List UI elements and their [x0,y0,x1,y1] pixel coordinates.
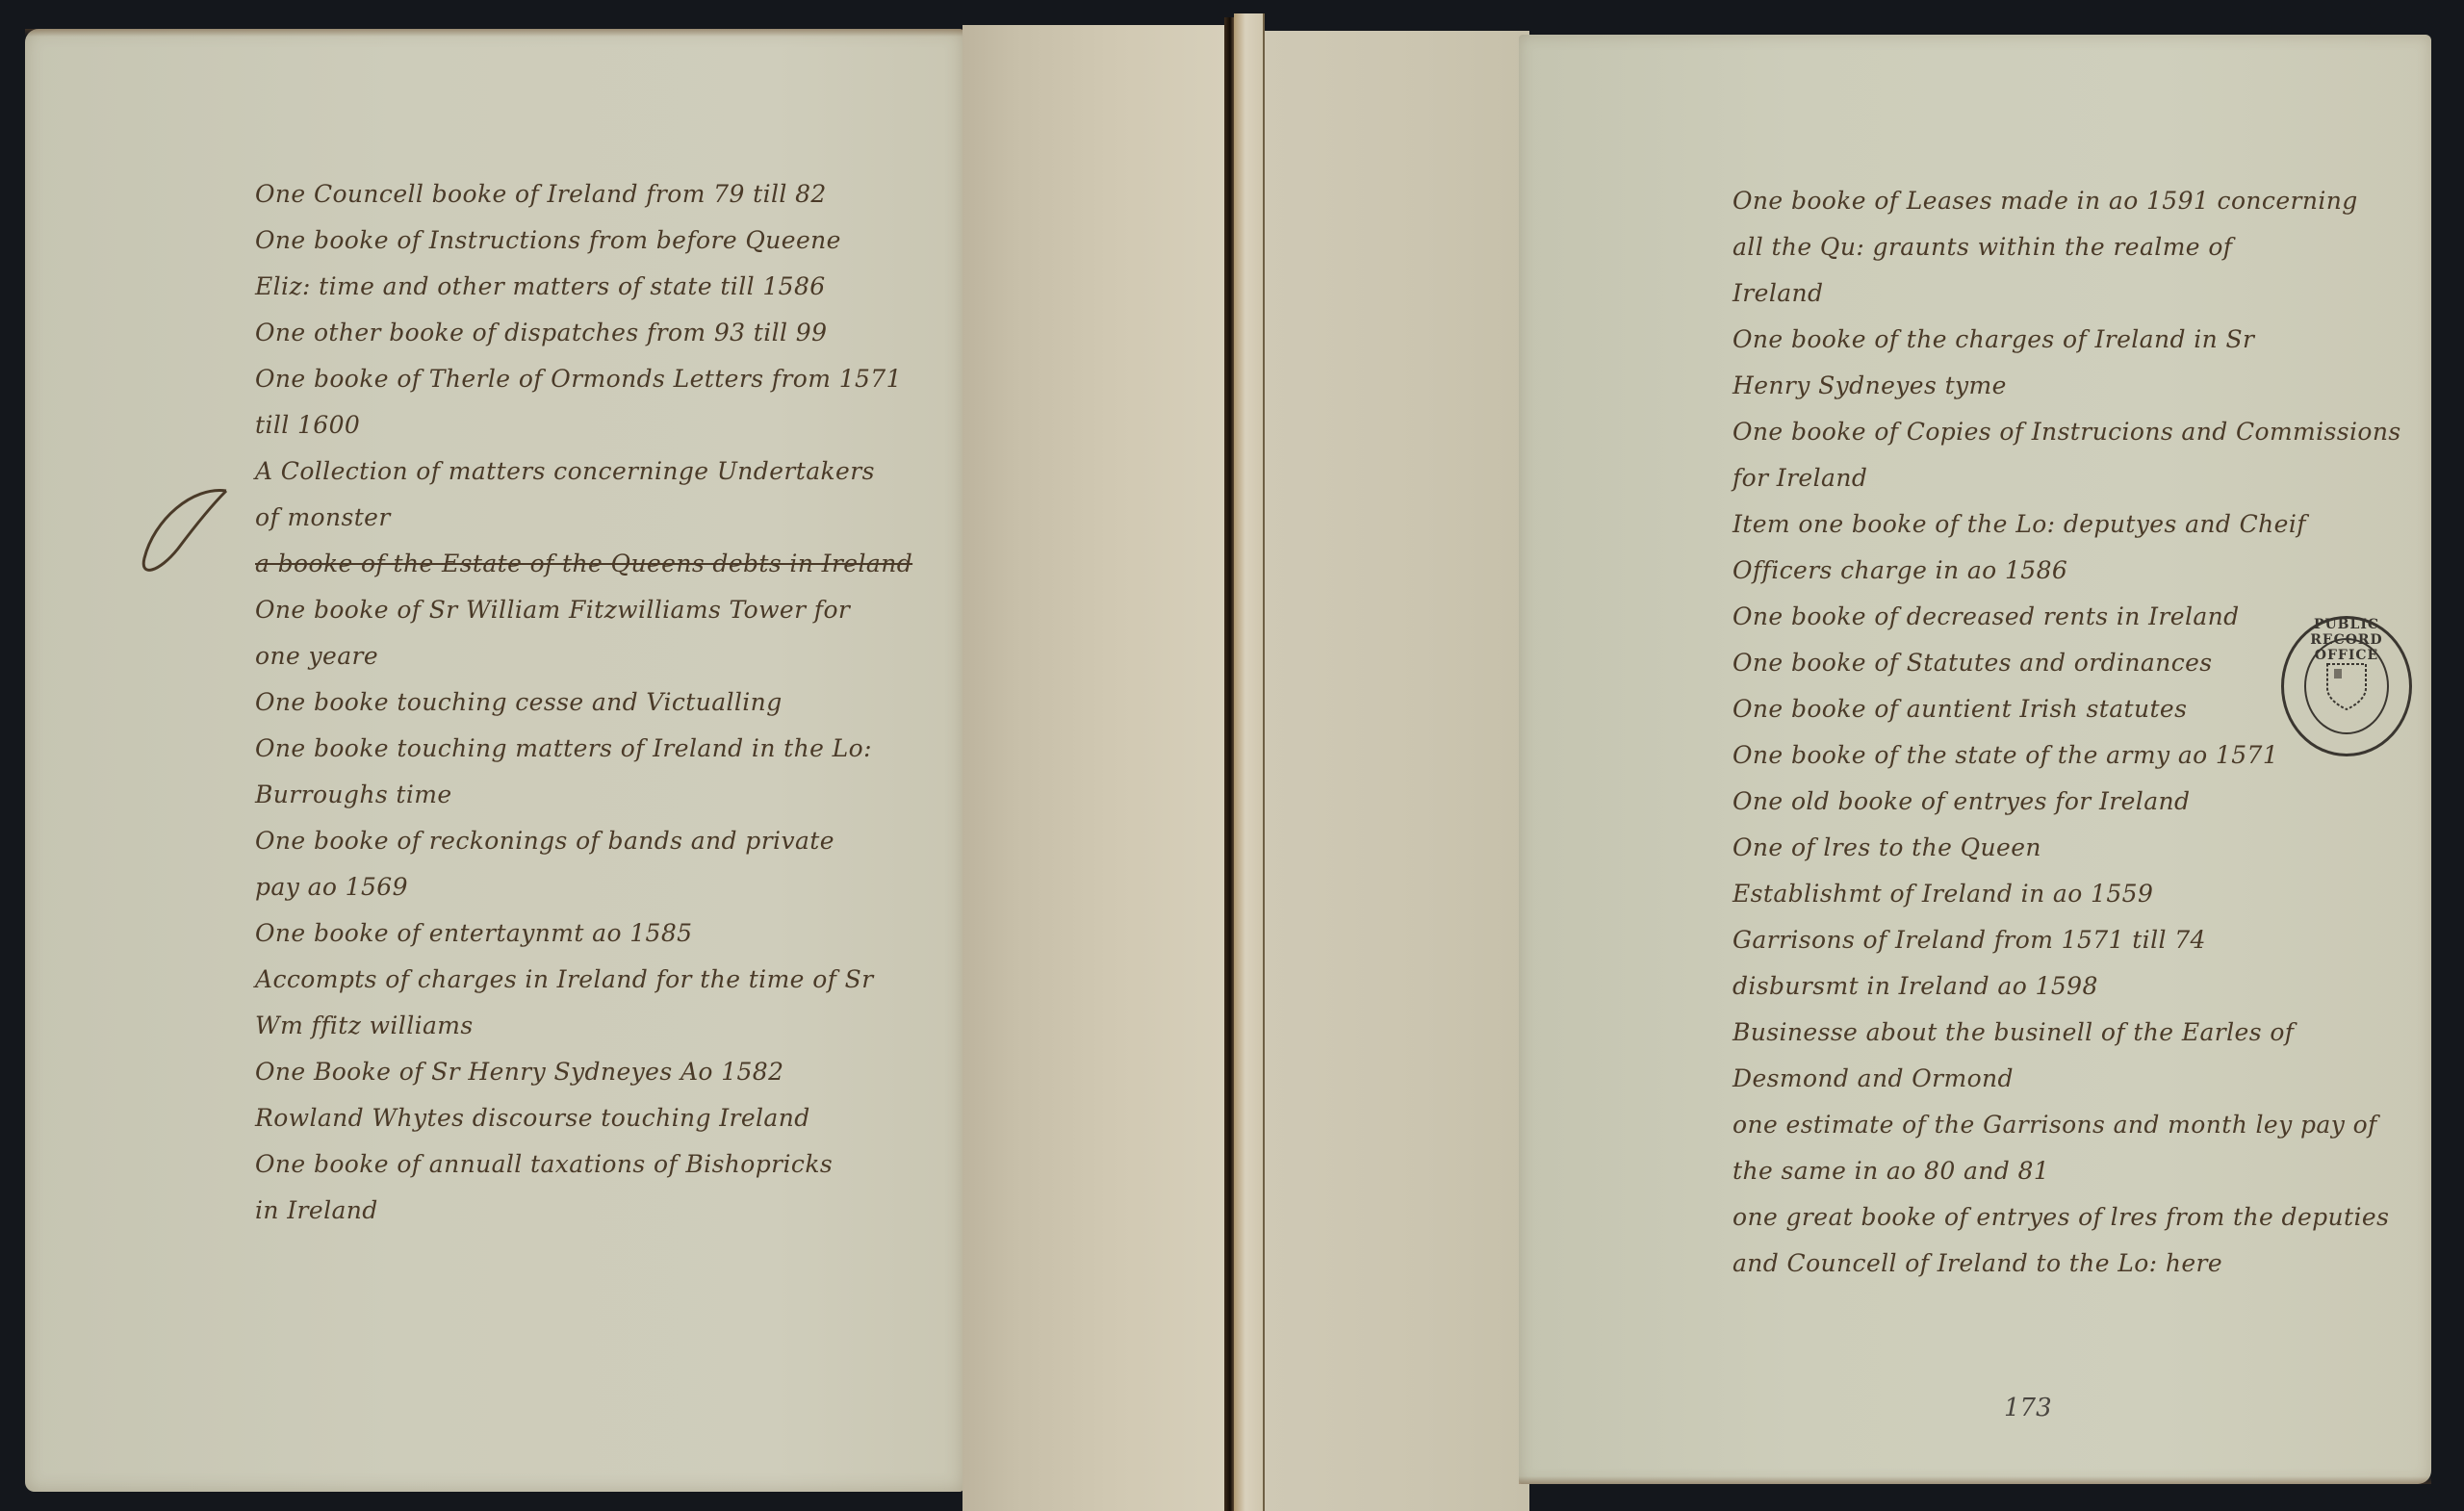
text-line: One old booke of entryes for Ireland [1732,779,2425,825]
text-line: Officers charge in ao 1586 [1732,548,2425,594]
text-line: One booke of the charges of Ireland in S… [1732,317,2425,363]
folio-number: 173 [2004,1394,2052,1422]
record-office-stamp: PUBLIC RECORD OFFICE [2281,616,2412,756]
text-line: One Councell booke of Ireland from 79 ti… [255,171,967,218]
text-line: Businesse about the businell of the Earl… [1732,1010,2425,1056]
text-line: for Ireland [1732,455,2425,501]
text-line: One booke of Instructions from before Qu… [255,218,967,264]
left-page-text: One Councell booke of Ireland from 79 ti… [255,171,967,1234]
text-line: disbursmt in Ireland ao 1598 [1732,963,2425,1010]
text-line: One booke of Copies of Instrucions and C… [1732,409,2425,455]
text-line: One booke touching matters of Ireland in… [255,726,967,772]
text-line: one yeare [255,633,967,679]
text-line: One Booke of Sr Henry Sydneyes Ao 1582 [255,1049,967,1095]
text-line: the same in ao 80 and 81 [1732,1148,2425,1194]
text-line: Garrisons of Ireland from 1571 till 74 [1732,917,2425,963]
stamp-ring-text: PUBLIC RECORD OFFICE [2284,617,2409,663]
text-line: A Collection of matters concerninge Unde… [255,448,967,495]
text-line: One other booke of dispatches from 93 ti… [255,310,967,356]
text-line: Eliz: time and other matters of state ti… [255,264,967,310]
text-line: One booke touching cesse and Victualling [255,679,967,726]
text-line: one estimate of the Garrisons and month … [1732,1102,2425,1148]
text-line: Henry Sydneyes tyme [1732,363,2425,409]
manuscript-spread: One Councell booke of Ireland from 79 ti… [0,0,2464,1511]
text-line: One booke of Therle of Ormonds Letters f… [255,356,967,402]
text-line: One booke of Sr William Fitzwilliams Tow… [255,587,967,633]
text-line: of monster [255,495,967,541]
text-line: in Ireland [255,1188,967,1234]
struck-text-line: a booke of the Estate of the Queens debt… [255,541,967,587]
text-line: till 1600 [255,402,967,448]
text-line: all the Qu: graunts within the realme of [1732,224,2425,270]
text-line: One booke of annuall taxations of Bishop… [255,1141,967,1188]
text-line: One booke of entertaynmt ao 1585 [255,910,967,957]
text-line: One booke of Leases made in ao 1591 conc… [1732,178,2425,224]
text-line: One of lres to the Queen [1732,825,2425,871]
gutter-fold [1224,17,1234,1511]
text-line: Wm ffitz williams [255,1003,967,1049]
text-line: Establishmt of Ireland in ao 1559 [1732,871,2425,917]
left-guard-strip [962,25,1224,1511]
text-line: Desmond and Ormond [1732,1056,2425,1102]
text-line: One booke of reckonings of bands and pri… [255,818,967,864]
shield-icon [2323,659,2371,713]
binding-stub [1234,13,1265,1511]
text-line: Rowland Whytes discourse touching Irelan… [255,1095,967,1141]
margin-flourish-icon [135,481,241,587]
text-line: Ireland [1732,270,2425,317]
text-line: Item one booke of the Lo: deputyes and C… [1732,501,2425,548]
text-line: Burroughs time [255,772,967,818]
text-line: Accompts of charges in Ireland for the t… [255,957,967,1003]
text-line: one great booke of entryes of lres from … [1732,1194,2425,1241]
right-guard-strip [1265,31,1529,1511]
text-line: pay ao 1569 [255,864,967,910]
text-line: and Councell of Ireland to the Lo: here [1732,1241,2425,1287]
